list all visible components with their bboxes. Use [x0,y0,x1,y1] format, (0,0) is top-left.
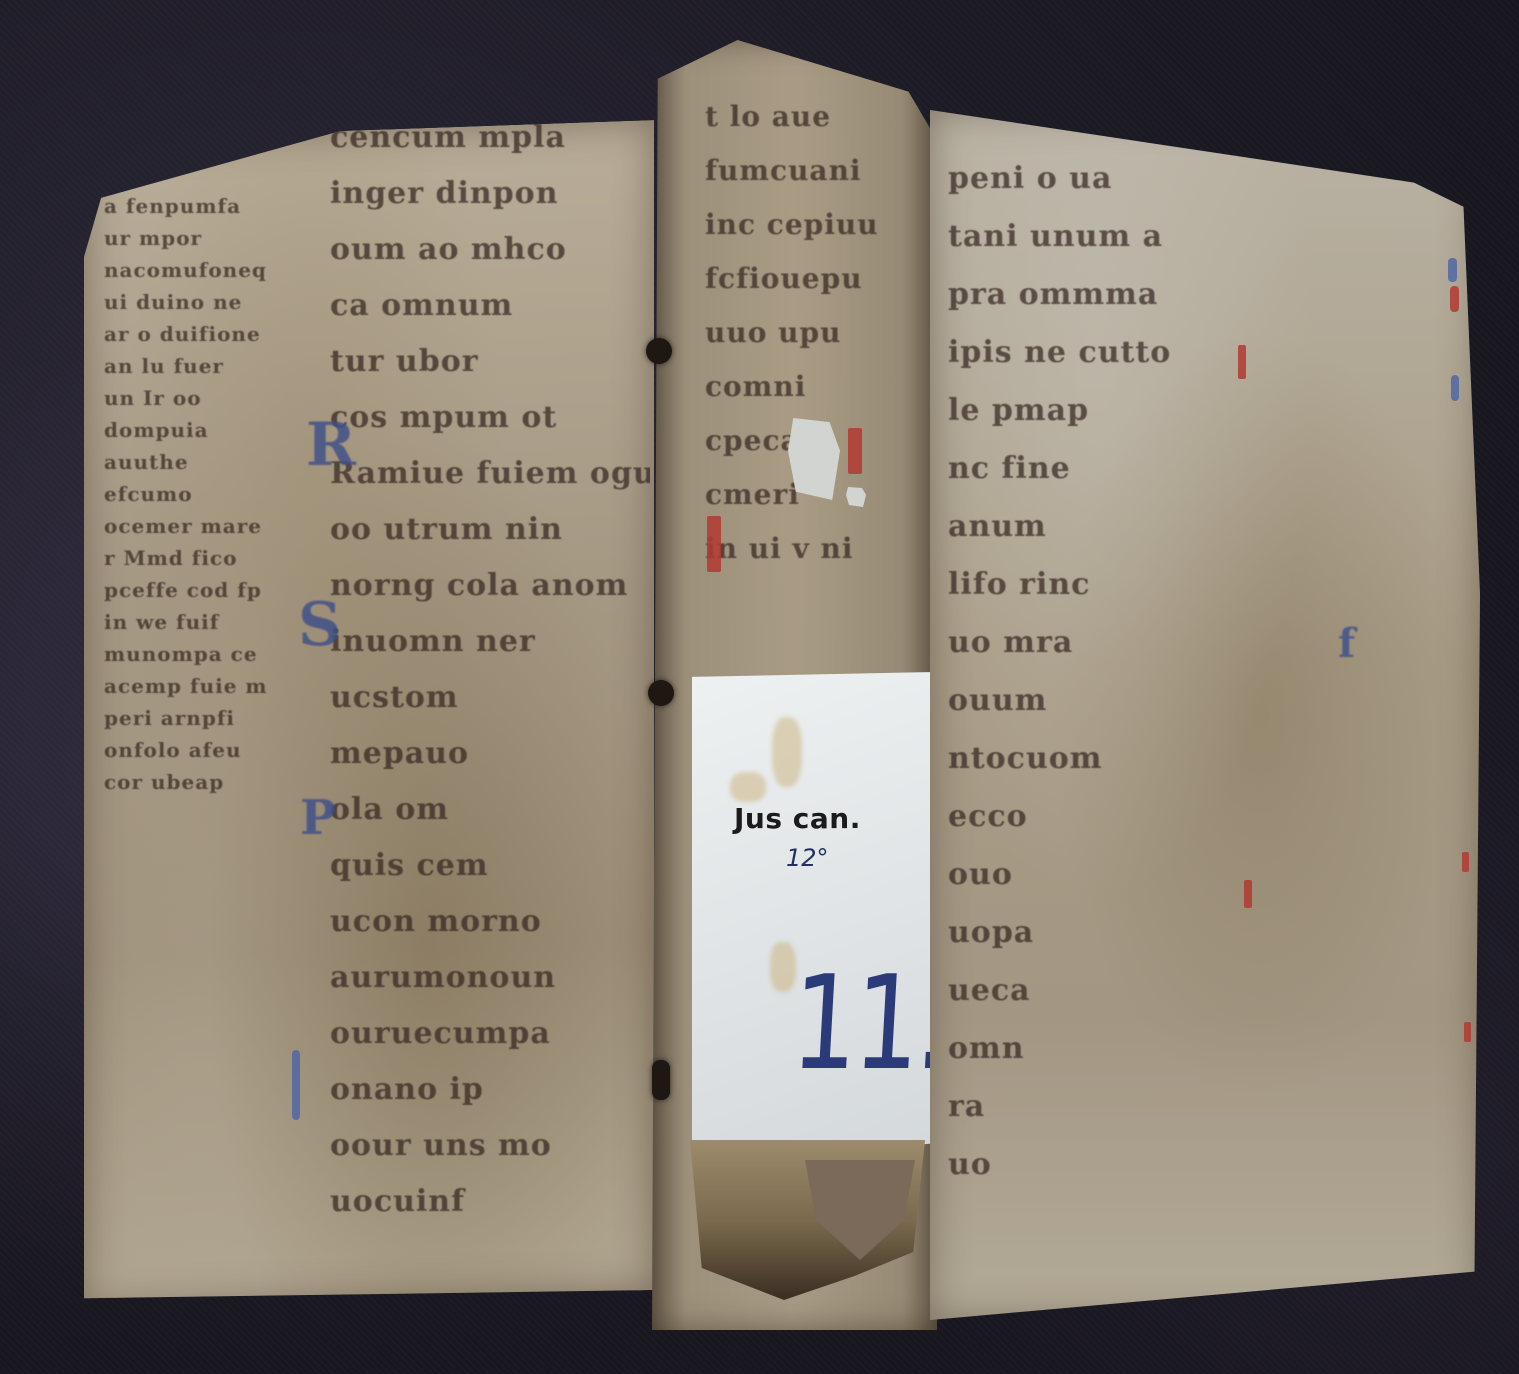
text-line: ntocuom [948,730,1418,788]
text-line: nc fine [948,440,1418,498]
blue-edge-mark [1451,375,1459,401]
margin-line: ur mpor [104,222,274,254]
text-line: ola om [330,782,650,838]
text-line: ca omnum [330,278,650,334]
blue-paragraph-mark [292,1050,300,1120]
margin-line: pceffe cod fp [104,574,274,606]
sewing-hole [646,338,672,364]
text-line: oour uns mo [330,1118,650,1174]
margin-line: acemp fuie m [104,670,274,702]
left-board-text: cencum mpla inger dinpon oum ao mhco ca … [330,110,650,1260]
text-line: ipis ne cutto [948,324,1418,382]
red-rubric-mark [1238,345,1246,379]
margin-line: cor ubeap [104,766,274,798]
left-margin-text: a fenpumfa ur mpor nacomufoneq ui duino … [104,190,274,840]
label-format: 12° [786,844,829,872]
margin-line: efcumo [104,478,274,510]
stain [730,772,766,802]
blue-edge-mark [1448,258,1457,282]
text-line: cos mpum ot [330,390,650,446]
text-line: lifo rinc [948,556,1418,614]
text-line: ecco [948,788,1418,846]
label-title: Jus can. [734,802,861,835]
margin-line: auuthe [104,446,274,478]
text-line: ucon morno [330,894,650,950]
text-line: quis cem [330,838,650,894]
text-line: cencum mpla [330,110,650,166]
text-line: ueca [948,962,1418,1020]
text-line: uo [948,1136,1418,1194]
sewing-hole [648,680,674,706]
text-line: Ramiue fuiem ogu [330,446,650,502]
text-line: t lo aue [705,90,925,144]
text-line: inger dinpon [330,166,650,222]
margin-line: dompuia [104,414,274,446]
paper-scrap [788,418,840,500]
text-line: tur ubor [330,334,650,390]
text-line: oo utrum nin [330,502,650,558]
margin-line: nacomufoneq [104,254,274,286]
margin-line: in we fuif [104,606,274,638]
right-board-text: peni o ua tani unum a pra ommma ipis ne … [948,150,1418,1250]
red-rubric-mark [848,428,862,474]
text-line: ouum [948,672,1418,730]
red-rubric-mark [707,516,721,572]
margin-line: onfolo afeu [104,734,274,766]
text-line: ouruecumpa [330,1006,650,1062]
text-line: inuomn ner [330,614,650,670]
text-line: anum [948,498,1418,556]
text-line: onano ip [330,1062,650,1118]
spine-text: t lo aue fumcuani inc cepiuu fcfiouepu u… [705,90,925,650]
text-line: omn [948,1020,1418,1078]
blue-initial-r: R [306,410,356,480]
text-line: comni [705,360,925,414]
margin-line: ocemer mare [104,510,274,542]
margin-line: a fenpumfa [104,190,274,222]
blue-paragraph-mark: f [1338,620,1355,667]
text-line: fumcuani [705,144,925,198]
text-line: uopa [948,904,1418,962]
text-line: oum ao mhco [330,222,650,278]
margin-line: ui duino ne [104,286,274,318]
red-edge-mark [1464,1022,1471,1042]
text-line: uocuinf [330,1174,650,1230]
text-line: ucstom [330,670,650,726]
text-line: ouo [948,846,1418,904]
text-line: ra [948,1078,1418,1136]
margin-line: un Ir oo [104,382,274,414]
text-line: peni o ua [948,150,1418,208]
label-shelf-number: 11. [788,947,950,1100]
text-line: in ui v ni [705,522,925,576]
margin-line: munompa ce [104,638,274,670]
text-line: le pmap [948,382,1418,440]
text-line: aurumonoun [330,950,650,1006]
text-line: inc cepiuu [705,198,925,252]
text-line: mepauo [330,726,650,782]
stain [770,942,796,992]
margin-line: r Mmd fico [104,542,274,574]
text-line: pra ommma [948,266,1418,324]
stain [772,717,802,787]
text-line: tani unum a [948,208,1418,266]
margin-line: peri arnpfi [104,702,274,734]
blue-initial-s: S [298,590,341,660]
text-line: norng cola anom [330,558,650,614]
red-rubric-mark [1244,880,1252,908]
paper-scrap [846,487,866,507]
spine-label: Jus can. 12° 11. [692,672,947,1162]
margin-line: ar o duifione [104,318,274,350]
margin-line: an lu fuer [104,350,274,382]
text-line: uuo upu [705,306,925,360]
sewing-hole [652,1060,670,1100]
red-edge-mark [1450,286,1459,312]
blue-initial: P [300,790,336,846]
red-edge-mark [1462,852,1469,872]
text-line: fcfiouepu [705,252,925,306]
